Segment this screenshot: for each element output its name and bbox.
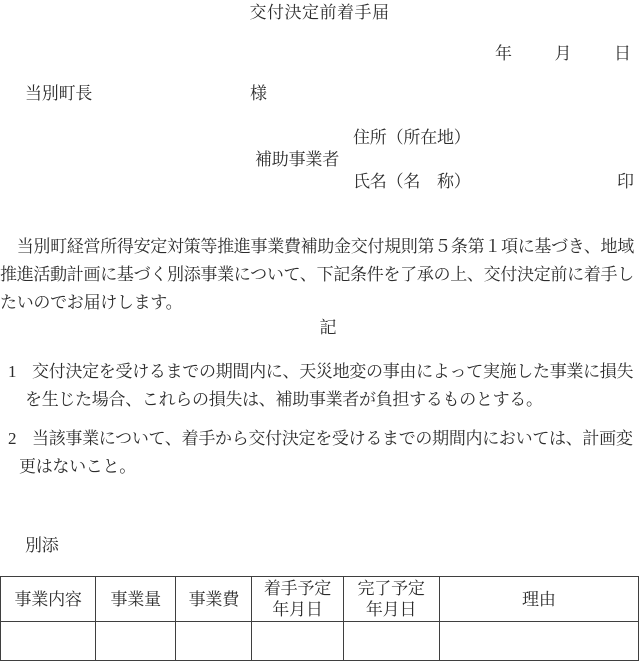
table-header-row: 事業内容 事業量 事業費 着手予定 年月日 完了予定 年月日 理由 [1,577,639,622]
item-line: 更はないこと。 [19,453,639,481]
body-line: たいのでお届けします。 [0,289,639,317]
table-cell-project-quantity [96,622,176,661]
table-header-project-quantity: 事業量 [96,577,176,622]
addressee-name: 当別町長 [25,85,92,102]
page-title: 交付決定前着手届 [0,4,639,22]
table-cell-reason [439,622,638,661]
table-cell-completion-date [343,622,439,661]
condition-item-1: 1 交付決定を受けるまでの期間内に、天災地変の事由によって実施した事業に損失 を… [0,358,639,414]
item-number: 1 [8,358,17,386]
item-line: 交付決定を受けるまでの期間内に、天災地変の事由によって実施した事業に損失 [32,358,639,386]
table-row [1,622,639,661]
item-line: 当該事業について、着手から交付決定を受けるまでの期間内においては、計画変 [32,425,639,453]
attachment-label: 別添 [25,537,59,554]
date-year-label: 年 [495,45,512,62]
seal-mark: 印 [617,173,634,190]
table-header-reason: 理由 [439,577,638,622]
addressee-honorific: 様 [250,85,267,102]
applicant-address-label: 住所（所在地） [353,129,471,146]
attachment-table: 事業内容 事業量 事業費 着手予定 年月日 完了予定 年月日 理由 [0,576,639,661]
document-page: 交付決定前着手届 年 月 日 当別町長 様 住所（所在地） 補助事業者 氏名（名… [0,0,639,662]
body-line: 当別町経営所得安定対策等推進事業費補助金交付規則第５条第１項に基づき、地域 [0,233,639,261]
item-number: 2 [8,425,17,453]
table-header-project-content: 事業内容 [1,577,96,622]
body-paragraph: 当別町経営所得安定対策等推進事業費補助金交付規則第５条第１項に基づき、地域 推進… [0,233,639,317]
date-month-label: 月 [555,45,572,62]
condition-item-2: 2 当該事業について、着手から交付決定を受けるまでの期間内においては、計画変 更… [0,425,639,481]
table-header-start-date: 着手予定 年月日 [252,577,343,622]
item-line: を生じた場合、これらの損失は、補助事業者が負担するものとする。 [25,386,639,414]
table-cell-project-cost [176,622,252,661]
table-cell-start-date [252,622,343,661]
table-header-completion-date: 完了予定 年月日 [343,577,439,622]
applicant-name-label: 氏名（名 称） [353,173,471,190]
table-header-project-cost: 事業費 [176,577,252,622]
table-cell-project-content [1,622,96,661]
section-marker-ki: 記 [0,319,639,336]
body-line: 推進活動計画に基づく別添事業について、下記条件を了承の上、交付決定前に着手し [0,261,639,289]
date-line: 年 月 日 [495,45,631,62]
applicant-label: 補助事業者 [255,151,339,168]
date-day-label: 日 [614,45,631,62]
